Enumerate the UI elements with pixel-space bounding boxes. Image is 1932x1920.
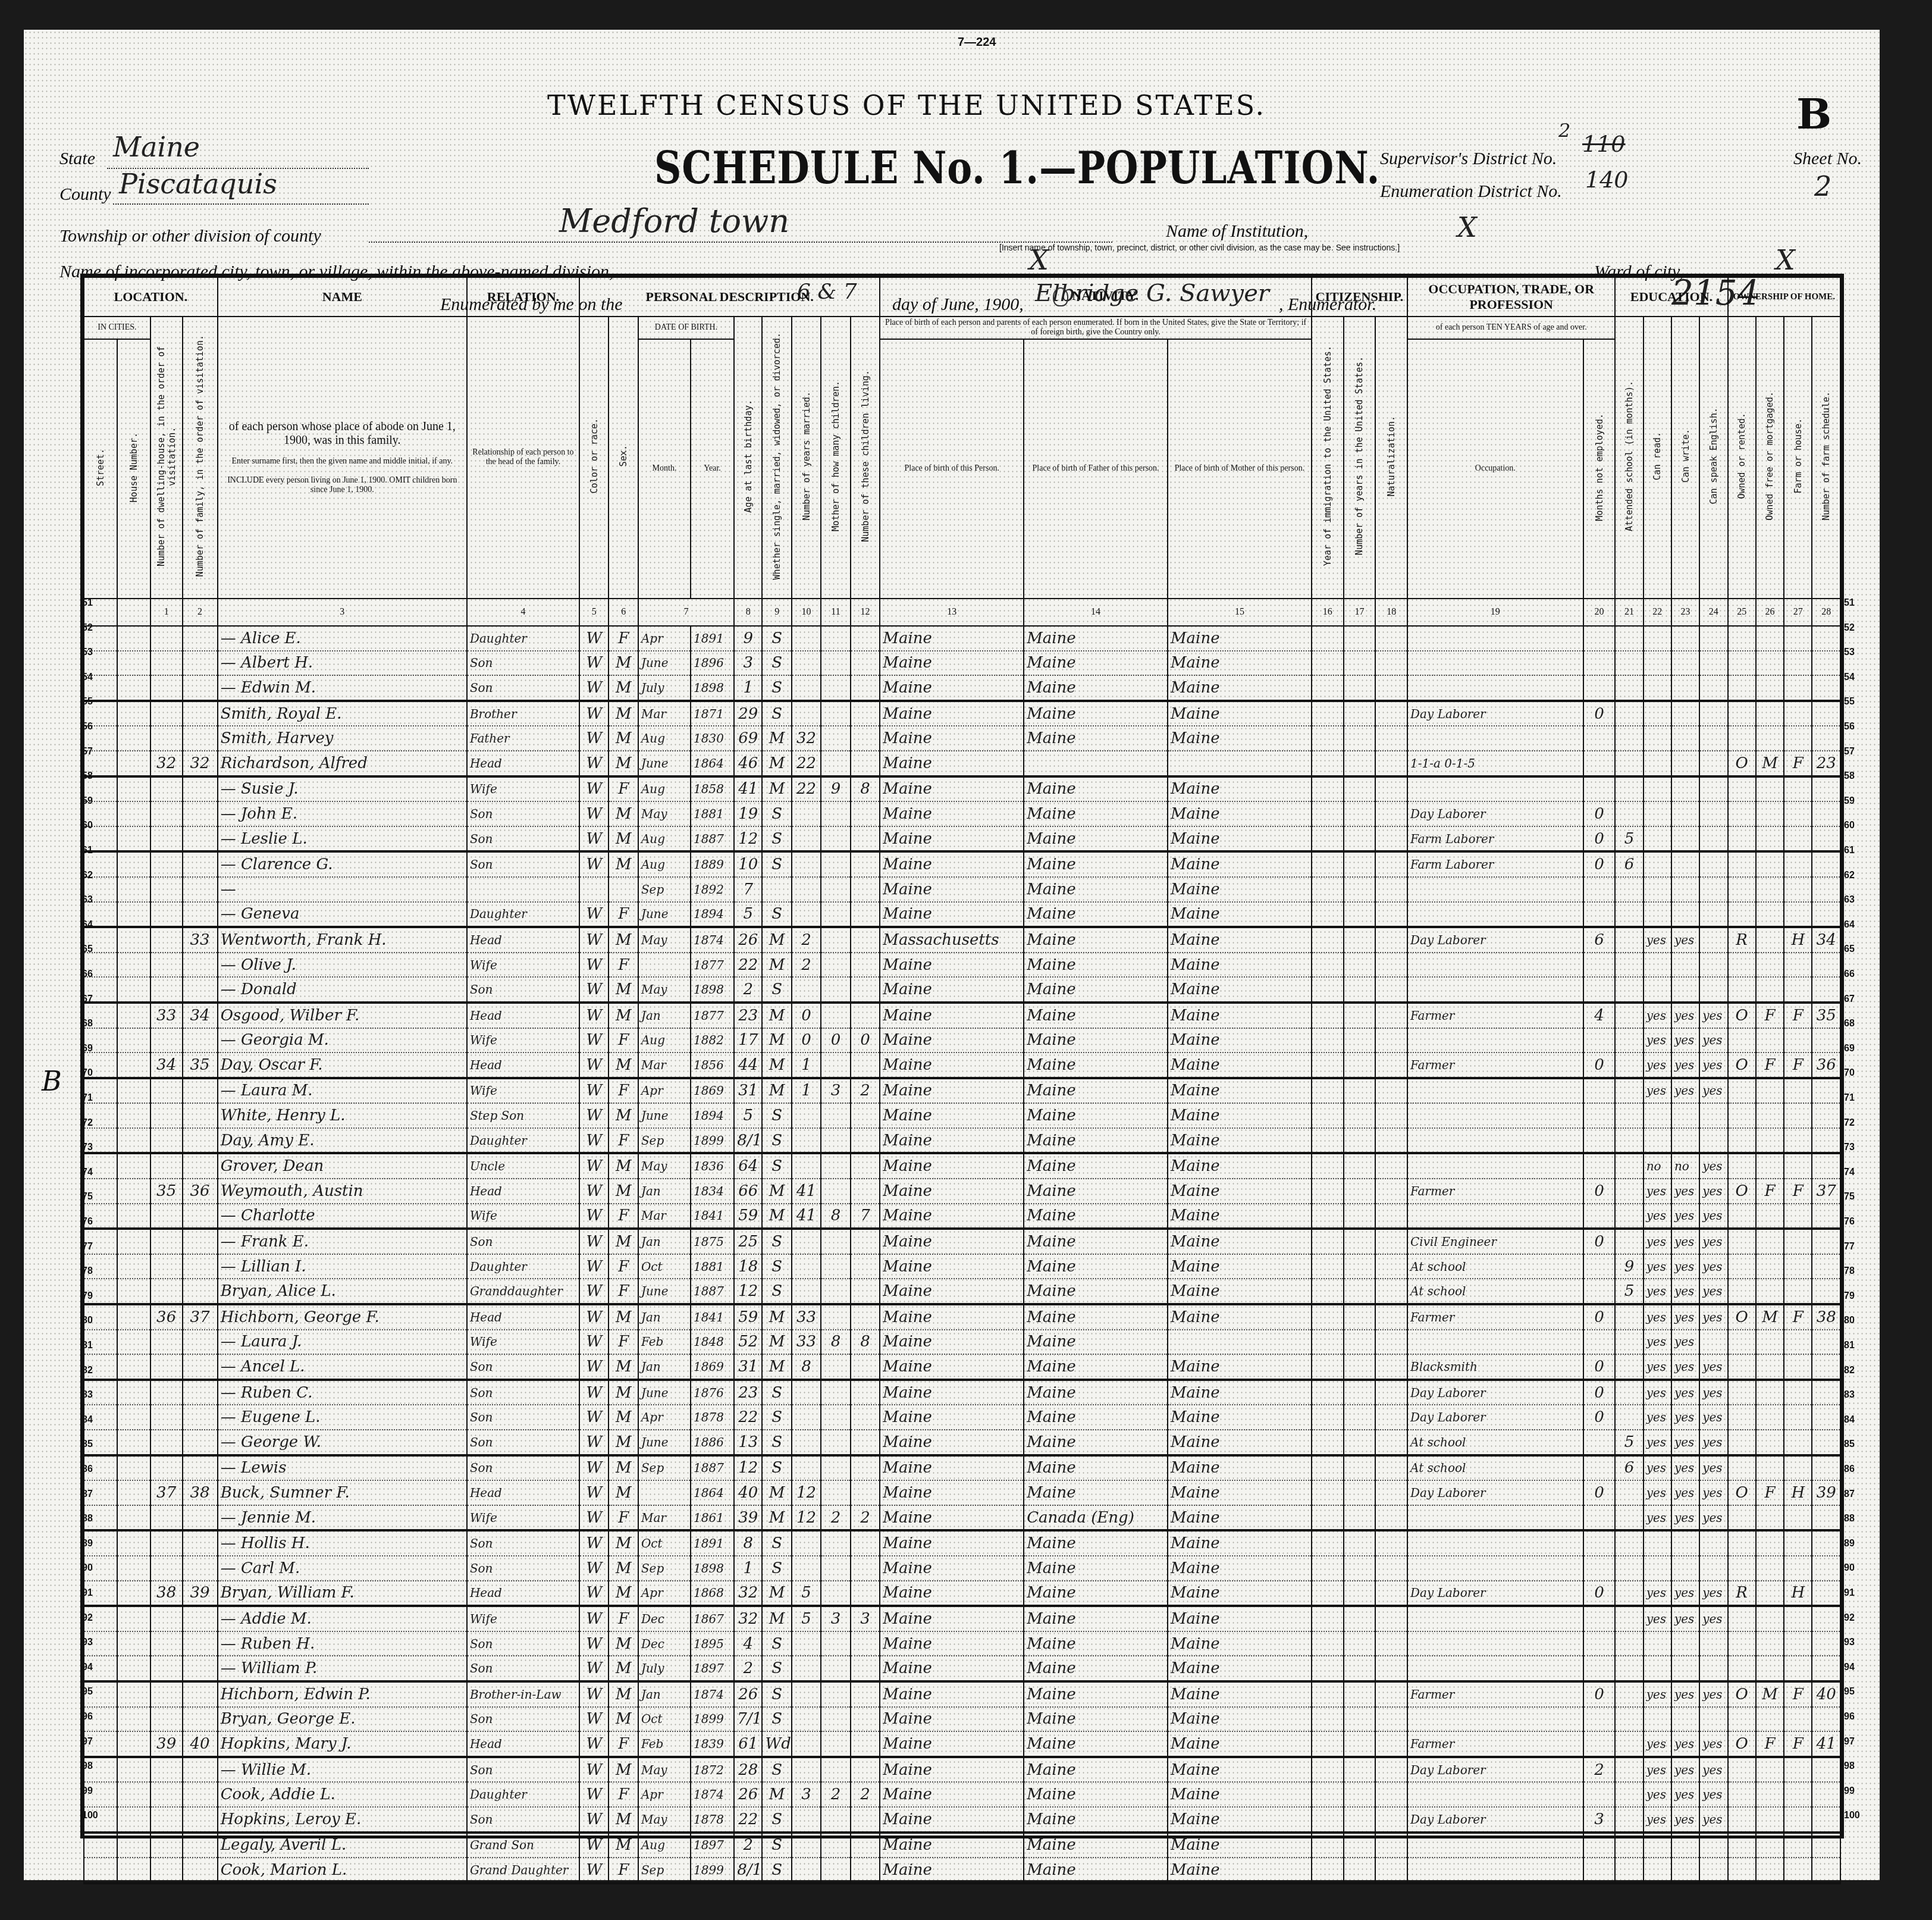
- cell-dw: [150, 1833, 183, 1858]
- cell-bp: Maine: [880, 1053, 1024, 1078]
- cell-eng: [1699, 927, 1727, 953]
- cell-nat: [1375, 1330, 1407, 1355]
- cell-farm: F: [1784, 751, 1812, 776]
- cell-mar: S: [762, 1631, 791, 1656]
- cell-rel: Head: [467, 1304, 579, 1330]
- cell-farm: H: [1784, 1480, 1812, 1505]
- cell-ch: [851, 801, 880, 826]
- cell-bf: Maine: [1024, 776, 1168, 802]
- cell-year: 1875: [691, 1229, 734, 1254]
- cell-sched: 35: [1812, 1003, 1840, 1028]
- header-year: Year.: [691, 339, 734, 599]
- cell-free: [1756, 1757, 1784, 1783]
- cell-sch: [1615, 1480, 1643, 1505]
- line-number: 99: [1844, 1786, 1855, 1797]
- column-number: 22: [1644, 599, 1671, 626]
- cell-bf: Maine: [1024, 1530, 1168, 1556]
- cell-rel: Son: [467, 675, 579, 701]
- cell-occ: At school: [1407, 1254, 1583, 1279]
- cell-house: [117, 1304, 150, 1330]
- cell-ym: [792, 651, 821, 676]
- cell-sex: M: [609, 1354, 638, 1380]
- cell-sched: 36: [1812, 1053, 1840, 1078]
- cell-bf: Maine: [1024, 977, 1168, 1003]
- cell-house: [117, 1229, 150, 1254]
- cell-house: [117, 1179, 150, 1204]
- cell-nat: [1375, 851, 1407, 877]
- cell-mo: [821, 1480, 850, 1505]
- cell-mo: [821, 902, 850, 928]
- header-free-mortgaged: Owned free or mortgaged.: [1756, 317, 1784, 599]
- cell-mar: M: [762, 1003, 791, 1028]
- line-number: 53: [1844, 647, 1855, 658]
- cell-sched: [1812, 726, 1840, 751]
- cell-sex: M: [609, 1556, 638, 1581]
- cell-imm: [1312, 1606, 1344, 1631]
- header-birth-person: Place of birth of this Person.: [880, 339, 1024, 599]
- header-house-number-text: House Number.: [128, 433, 139, 502]
- cell-free: [1756, 1833, 1784, 1858]
- cell-name: Day, Amy E.: [218, 1128, 467, 1154]
- cell-occ: At school: [1407, 1430, 1583, 1455]
- cell-nat: [1375, 1229, 1407, 1254]
- cell-mo: 2: [821, 1505, 850, 1531]
- cell-ch: [851, 1128, 880, 1154]
- cell-month: Oct: [638, 1707, 691, 1732]
- cell-yus: [1344, 675, 1376, 701]
- cell-yus: [1344, 726, 1376, 751]
- cell-ym: [792, 1530, 821, 1556]
- cell-ch: [851, 1405, 880, 1430]
- cell-sch: [1615, 1380, 1643, 1405]
- table-row: — Addie M.WifeWFDec186732M533MaineMaineM…: [84, 1606, 1840, 1631]
- cell-mar: S: [762, 1556, 791, 1581]
- cell-mar: M: [762, 1330, 791, 1355]
- cell-bp: Maine: [880, 1530, 1024, 1556]
- cell-ch: [851, 1833, 880, 1858]
- cell-mo: [821, 751, 850, 776]
- cell-bm: Maine: [1168, 1380, 1312, 1405]
- cell-house: [117, 1833, 150, 1858]
- cell-eng: yes: [1699, 1153, 1727, 1179]
- line-number: 51: [1844, 598, 1855, 609]
- cell-name: — George W.: [218, 1430, 467, 1455]
- cell-color: W: [579, 1757, 609, 1783]
- cell-age: 59: [734, 1304, 762, 1330]
- cell-age: 66: [734, 1179, 762, 1204]
- cell-write: yes: [1671, 1354, 1699, 1380]
- cell-bp: Maine: [880, 1707, 1024, 1732]
- cell-eng: yes: [1699, 1757, 1727, 1783]
- cell-sch: 5: [1615, 1279, 1643, 1304]
- cell-ym: 33: [792, 1330, 821, 1355]
- cell-free: [1756, 1858, 1784, 1883]
- cell-occ: [1407, 953, 1583, 978]
- cell-year: 1830: [691, 726, 734, 751]
- cell-bf: Maine: [1024, 1606, 1168, 1631]
- table-row: — Jennie M.WifeWFMar186139M1222MaineCana…: [84, 1505, 1840, 1531]
- cell-color: W: [579, 1254, 609, 1279]
- cell-write: yes: [1671, 1254, 1699, 1279]
- cell-nat: [1375, 1304, 1407, 1330]
- cell-house: [117, 801, 150, 826]
- cell-sex: F: [609, 1858, 638, 1883]
- cell-farm: F: [1784, 1053, 1812, 1078]
- cell-imm: [1312, 1279, 1344, 1304]
- cell-bf: Maine: [1024, 1631, 1168, 1656]
- cell-sch: 6: [1615, 851, 1643, 877]
- cell-bf: Maine: [1024, 1757, 1168, 1783]
- cell-rel: Son: [467, 977, 579, 1003]
- cell-ch: [851, 953, 880, 978]
- table-row: — Georgia M.WifeWFAug188217M000MaineMain…: [84, 1028, 1840, 1053]
- cell-dw: [150, 902, 183, 928]
- cell-mo: 0: [821, 1028, 850, 1053]
- cell-month: Mar: [638, 701, 691, 726]
- cell-unemp: 0: [1583, 1380, 1616, 1405]
- cell-name: — Ancel L.: [218, 1354, 467, 1380]
- cell-month: Aug: [638, 826, 691, 852]
- cell-free: [1756, 1229, 1784, 1254]
- line-number: 78: [1844, 1266, 1855, 1277]
- cell-house: [117, 877, 150, 902]
- cell-sched: [1812, 1631, 1840, 1656]
- header-name: NAME: [218, 277, 467, 317]
- cell-dw: [150, 953, 183, 978]
- header-farm-house: Farm or house.: [1784, 317, 1812, 599]
- cell-year: 1897: [691, 1833, 734, 1858]
- cell-bf: Maine: [1024, 726, 1168, 751]
- cell-sched: [1812, 1530, 1840, 1556]
- cell-mo: [821, 675, 850, 701]
- cell-own: O: [1728, 1681, 1756, 1707]
- cell-bm: Maine: [1168, 877, 1312, 902]
- line-number: 91: [1844, 1588, 1855, 1599]
- cell-name: — Leslie L.: [218, 826, 467, 852]
- cell-color: W: [579, 902, 609, 928]
- cell-unemp: [1583, 651, 1616, 676]
- cell-rel: Head: [467, 1480, 579, 1505]
- cell-sex: F: [609, 776, 638, 802]
- cell-nat: [1375, 1858, 1407, 1883]
- cell-age: 22: [734, 1807, 762, 1833]
- cell-mar: S: [762, 826, 791, 852]
- cell-write: yes: [1671, 1078, 1699, 1104]
- cell-house: [117, 1003, 150, 1028]
- cell-imm: [1312, 1656, 1344, 1681]
- cell-month: Jan: [638, 1003, 691, 1028]
- cell-write: yes: [1671, 1757, 1699, 1783]
- cell-sch: 5: [1615, 826, 1643, 852]
- cell-eng: yes: [1699, 1430, 1727, 1455]
- cell-nat: [1375, 1028, 1407, 1053]
- cell-fam: [183, 1833, 218, 1858]
- cell-bp: Maine: [880, 626, 1024, 651]
- cell-imm: [1312, 1304, 1344, 1330]
- cell-free: [1756, 1807, 1784, 1833]
- cell-bp: Maine: [880, 1179, 1024, 1204]
- cell-read: yes: [1644, 1757, 1671, 1783]
- column-number: 2: [183, 599, 218, 626]
- cell-rel: Son: [467, 1631, 579, 1656]
- cell-name: Smith, Harvey: [218, 726, 467, 751]
- cell-ch: 8: [851, 776, 880, 802]
- cell-yus: [1344, 1807, 1376, 1833]
- header-citizenship: CITIZENSHIP.: [1312, 277, 1407, 317]
- line-number: 68: [1844, 1019, 1855, 1029]
- cell-eng: yes: [1699, 1681, 1727, 1707]
- cell-ym: [792, 1279, 821, 1304]
- cell-bm: Maine: [1168, 1480, 1312, 1505]
- cell-year: 1877: [691, 953, 734, 978]
- column-number: 6: [609, 599, 638, 626]
- cell-read: yes: [1644, 1078, 1671, 1104]
- cell-sex: M: [609, 1631, 638, 1656]
- line-number-left: 69: [82, 1044, 93, 1054]
- cell-free: [1756, 701, 1784, 726]
- enumeration-district: 140: [1585, 167, 1629, 193]
- cell-mar: S: [762, 1128, 791, 1154]
- cell-name: — Hollis H.: [218, 1530, 467, 1556]
- cell-year: 1881: [691, 1254, 734, 1279]
- cell-imm: [1312, 977, 1344, 1003]
- cell-ch: 3: [851, 1606, 880, 1631]
- cell-nat: [1375, 1354, 1407, 1380]
- cell-eng: yes: [1699, 1455, 1727, 1481]
- line-number-left: 82: [82, 1365, 93, 1376]
- table-row: — Olive J.WifeWF187722M2MaineMaineMaine: [84, 953, 1840, 978]
- cell-unemp: 6: [1583, 927, 1616, 953]
- cell-name: — Ruben C.: [218, 1380, 467, 1405]
- cell-farm: [1784, 726, 1812, 751]
- cell-mo: 9: [821, 776, 850, 802]
- cell-ch: [851, 1656, 880, 1681]
- table-row: — Laura J.WifeWFFeb184852M3388MaineMaine…: [84, 1330, 1840, 1355]
- cell-sch: [1615, 1053, 1643, 1078]
- cell-month: May: [638, 801, 691, 826]
- cell-bp: Maine: [880, 1405, 1024, 1430]
- cell-color: W: [579, 1354, 609, 1380]
- cell-sch: [1615, 1631, 1643, 1656]
- cell-free: [1756, 1128, 1784, 1154]
- cell-fam: [183, 1229, 218, 1254]
- cell-year: 1874: [691, 1782, 734, 1807]
- cell-fam: [183, 776, 218, 802]
- cell-dw: 33: [150, 1003, 183, 1028]
- cell-farm: [1784, 1656, 1812, 1681]
- cell-own: [1728, 1078, 1756, 1104]
- cell-dw: [150, 1505, 183, 1531]
- line-number: 95: [1844, 1687, 1855, 1697]
- cell-occ: [1407, 1028, 1583, 1053]
- cell-sex: F: [609, 1606, 638, 1631]
- cell-unemp: [1583, 1028, 1616, 1053]
- cell-house: [117, 1731, 150, 1757]
- cell-mo: [821, 1807, 850, 1833]
- cell-yus: [1344, 1707, 1376, 1732]
- cell-sched: [1812, 1078, 1840, 1104]
- cell-dw: [150, 1556, 183, 1581]
- cell-read: yes: [1644, 1380, 1671, 1405]
- cell-ym: 0: [792, 1028, 821, 1053]
- cell-nat: [1375, 902, 1407, 928]
- cell-month: June: [638, 751, 691, 776]
- cell-free: [1756, 1530, 1784, 1556]
- cell-yus: [1344, 1556, 1376, 1581]
- cell-sch: [1615, 902, 1643, 928]
- cell-write: yes: [1671, 1380, 1699, 1405]
- cell-bp: Maine: [880, 1380, 1024, 1405]
- cell-name: Hopkins, Mary J.: [218, 1731, 467, 1757]
- cell-dw: [150, 1858, 183, 1883]
- table-row: 3839Bryan, William F.HeadWMApr186832M5Ma…: [84, 1581, 1840, 1606]
- supervisor-struck: 110: [1582, 131, 1626, 157]
- line-number: 79: [1844, 1291, 1855, 1302]
- line-number-left: 68: [82, 1019, 93, 1029]
- cell-nat: [1375, 1833, 1407, 1858]
- cell-bm: Maine: [1168, 1354, 1312, 1380]
- cell-house: [117, 1707, 150, 1732]
- header-marital-text: Whether single, married, widowed, or div…: [771, 333, 782, 580]
- cell-yus: [1344, 1254, 1376, 1279]
- cell-age: 41: [734, 776, 762, 802]
- cell-year: 1836: [691, 1153, 734, 1179]
- cell-mo: [821, 1153, 850, 1179]
- cell-eng: [1699, 1656, 1727, 1681]
- cell-read: yes: [1644, 1782, 1671, 1807]
- cell-sex: M: [609, 851, 638, 877]
- cell-house: [117, 1380, 150, 1405]
- line-number-left: 84: [82, 1415, 93, 1426]
- cell-dw: [150, 1757, 183, 1783]
- name-instr2: INCLUDE every person living on June 1, 1…: [219, 476, 465, 495]
- table-row: —Sep18927MaineMaineMaine: [84, 877, 1840, 902]
- cell-year: 1878: [691, 1405, 734, 1430]
- cell-sex: M: [609, 1707, 638, 1732]
- cell-bp: Maine: [880, 801, 1024, 826]
- cell-rel: Head: [467, 751, 579, 776]
- cell-bp: Maine: [880, 1103, 1024, 1128]
- cell-read: yes: [1644, 1581, 1671, 1606]
- cell-bp: Maine: [880, 1153, 1024, 1179]
- cell-name: — Olive J.: [218, 953, 467, 978]
- header-naturalization: Naturalization.: [1375, 317, 1407, 599]
- cell-house: [117, 1279, 150, 1304]
- census-body: — Alice E.DaughterWFApr18919SMaineMaineM…: [84, 626, 1840, 1883]
- cell-farm: [1784, 651, 1812, 676]
- cell-dw: [150, 1631, 183, 1656]
- cell-own: [1728, 726, 1756, 751]
- cell-fam: [183, 1530, 218, 1556]
- cell-bm: Maine: [1168, 1631, 1312, 1656]
- cell-read: [1644, 1656, 1671, 1681]
- header-attended-school: Attended school (in months).: [1615, 317, 1643, 599]
- cell-write: yes: [1671, 1581, 1699, 1606]
- cell-sch: 6: [1615, 1455, 1643, 1481]
- cell-mo: [821, 1430, 850, 1455]
- cell-unemp: 0: [1583, 801, 1616, 826]
- cell-free: [1756, 675, 1784, 701]
- cell-house: [117, 675, 150, 701]
- line-number: 62: [1844, 870, 1855, 881]
- cell-bf: Maine: [1024, 1153, 1168, 1179]
- cell-bp: Maine: [880, 826, 1024, 852]
- cell-sched: [1812, 1279, 1840, 1304]
- cell-unemp: [1583, 1430, 1616, 1455]
- cell-color: W: [579, 751, 609, 776]
- cell-sch: [1615, 776, 1643, 802]
- cell-imm: [1312, 1128, 1344, 1154]
- cell-house: [117, 1430, 150, 1455]
- table-row: — Carl M.SonWMSep18981SMaineMaineMaine: [84, 1556, 1840, 1581]
- cell-farm: [1784, 826, 1812, 852]
- cell-bf: Maine: [1024, 1480, 1168, 1505]
- cell-sched: [1812, 701, 1840, 726]
- cell-age: 8/12: [734, 1858, 762, 1883]
- cell-sched: [1812, 1405, 1840, 1430]
- cell-free: F: [1756, 1053, 1784, 1078]
- cell-mo: [821, 927, 850, 953]
- cell-house: [117, 751, 150, 776]
- cell-mo: [821, 1003, 850, 1028]
- cell-sch: [1615, 927, 1643, 953]
- line-number-left: 60: [82, 820, 93, 831]
- cell-month: June: [638, 1430, 691, 1455]
- cell-bf: Maine: [1024, 927, 1168, 953]
- line-number: 98: [1844, 1761, 1855, 1772]
- cell-imm: [1312, 1179, 1344, 1204]
- cell-farm: H: [1784, 927, 1812, 953]
- cell-unemp: 0: [1583, 1229, 1616, 1254]
- line-number-left: 89: [82, 1539, 93, 1549]
- cell-farm: [1784, 1078, 1812, 1104]
- cell-name: Hopkins, Leroy E.: [218, 1807, 467, 1833]
- cell-house: [117, 1807, 150, 1833]
- cell-mo: [821, 826, 850, 852]
- cell-ch: [851, 851, 880, 877]
- cell-bp: Maine: [880, 1782, 1024, 1807]
- cell-rel: Son: [467, 651, 579, 676]
- header-occupation-desc: of each person TEN YEARS of age and over…: [1407, 317, 1615, 339]
- table-row: Smith, HarveyFatherWMAug183069M32MaineMa…: [84, 726, 1840, 751]
- cell-sched: [1812, 675, 1840, 701]
- column-number: 16: [1312, 599, 1344, 626]
- cell-eng: yes: [1699, 1480, 1727, 1505]
- cell-sched: 39: [1812, 1480, 1840, 1505]
- cell-ym: [792, 1128, 821, 1154]
- cell-occ: At school: [1407, 1279, 1583, 1304]
- cell-house: [117, 1782, 150, 1807]
- column-number: 7: [638, 599, 734, 626]
- cell-own: [1728, 1153, 1756, 1179]
- cell-sched: [1812, 1556, 1840, 1581]
- cell-age: 23: [734, 1380, 762, 1405]
- cell-mar: Wd: [762, 1731, 791, 1757]
- cell-name: Hichborn, George F.: [218, 1304, 467, 1330]
- cell-imm: [1312, 1380, 1344, 1405]
- cell-occ: [1407, 626, 1583, 651]
- cell-bf: Maine: [1024, 1833, 1168, 1858]
- cell-house: [117, 1330, 150, 1355]
- cell-ch: [851, 902, 880, 928]
- cell-dw: [150, 927, 183, 953]
- cell-free: F: [1756, 1003, 1784, 1028]
- cell-dw: [150, 701, 183, 726]
- cell-name: — Willie M.: [218, 1757, 467, 1783]
- cell-farm: [1784, 701, 1812, 726]
- cell-yus: [1344, 1782, 1376, 1807]
- header-in-cities: IN CITIES.: [84, 317, 150, 339]
